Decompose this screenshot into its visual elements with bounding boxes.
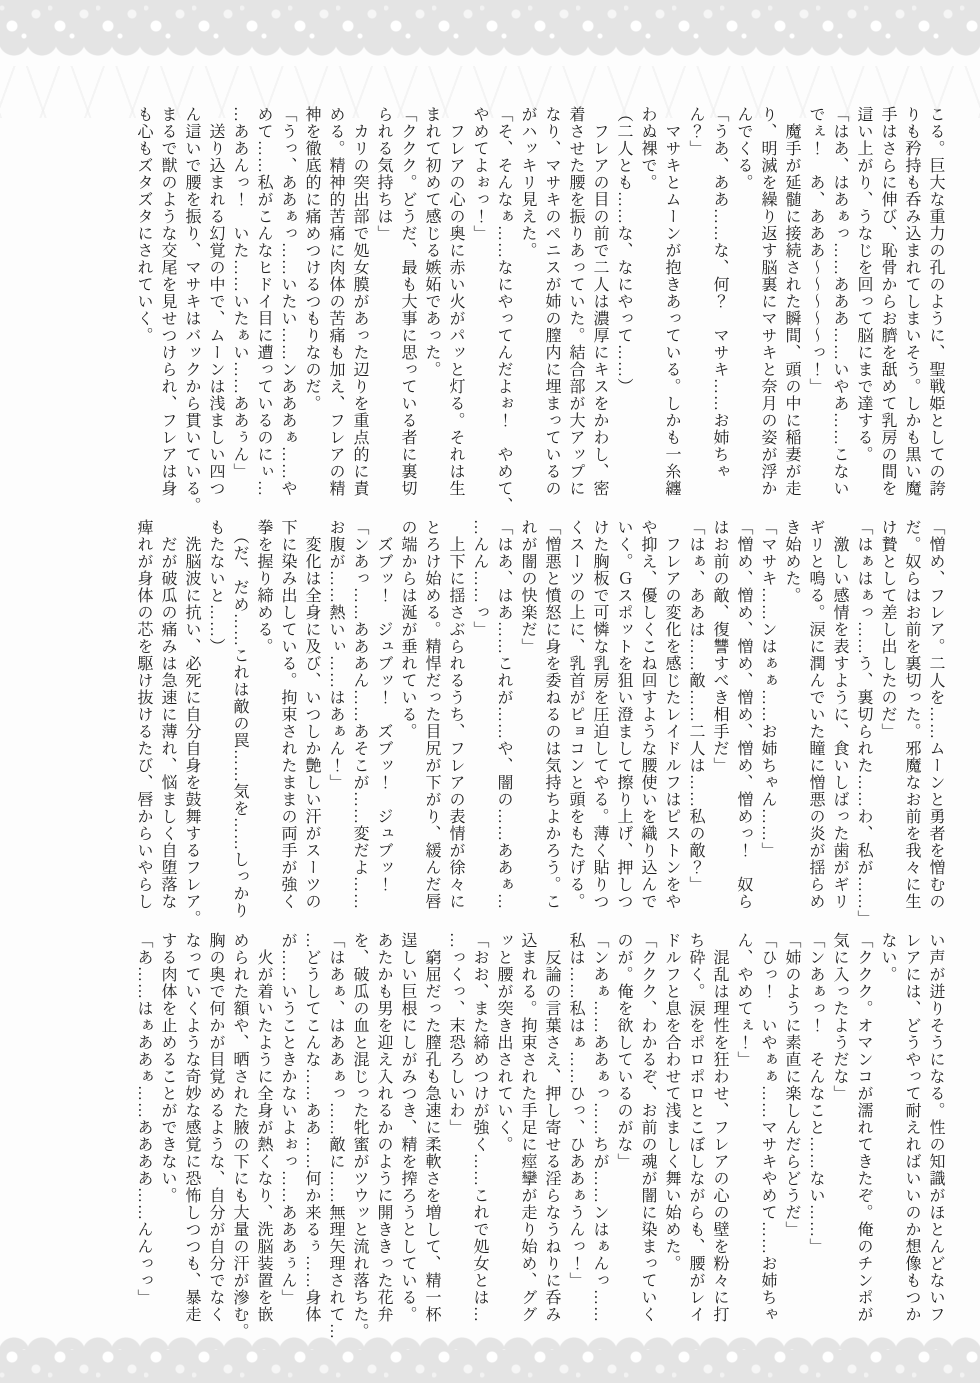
text-column: 「はぁはぁっ……う、裏切られた……わ、私が……」 — [851, 519, 875, 931]
text-column: だ。奴らはお前を裏切った。邪魔なお前を我々に生 — [899, 519, 923, 931]
text-column: 神を徹底的に痛めつけるつもりなのだ。 — [299, 106, 323, 518]
text-column: めて……私がこんなヒドイ目に遭っているのにぃ… — [251, 106, 275, 518]
text-column: 「憎め、フレア。二人を……ムーンと勇者を憎むの — [923, 519, 947, 931]
text-block-top: こる。巨大な重力の孔のように、聖戦姫としての誇りも矜持も呑み込まれてしまいそう。… — [131, 106, 947, 518]
text-column: 拳を握り締める。 — [251, 519, 275, 931]
text-column: 込まれる。拘束された手足に痙攣が走り始め、ググ — [515, 932, 539, 1342]
text-column: 「はあぁ、はああぁっ……敵に……無理矢理されて… — [323, 932, 347, 1342]
text-column: …っくっ、末恐ろしいわ」 — [443, 932, 467, 1342]
text-column: カリの突出部で処女膜があった辺りを重点的に責 — [347, 106, 371, 518]
text-column: 下に染み出している。拘束されたままの両手が強く — [275, 519, 299, 931]
text-column: お腹が……熱いぃ……はあぁん！」 — [323, 519, 347, 931]
text-column: 魔手が延髄に接続された瞬間、頭の中に稲妻が走 — [779, 106, 803, 518]
text-column: 火が着いたように全身が熱くなり、洗脳装置を嵌 — [251, 932, 275, 1342]
text-column: のが。俺を欲しているのがな」 — [611, 932, 635, 1342]
text-column: 「はあ、はあぁっ……あああ……いやあ……こない — [827, 106, 851, 518]
text-column: 着させた腰を振りあっていた。結合部が大アップに — [563, 106, 587, 518]
text-column: ドルフと息を合わせて浅ましく舞い始めた。 — [659, 932, 683, 1342]
text-column: 「憎悪と憤怒に身を委ねるのは気持ちよかろう。こ — [539, 519, 563, 931]
text-column: 「姉のように素直に楽しんだらどうだ」 — [779, 932, 803, 1342]
text-column: れが闇の快楽だ」 — [515, 519, 539, 931]
text-column: 「おお、また締めつけが強く……これで処女とは… — [467, 932, 491, 1342]
text-column: まれて初めて感じる嫉妬であった。 — [419, 106, 443, 518]
text-column: 「ンあっ……あああん……あそこが……変だよ…… — [347, 519, 371, 931]
text-column: 洗脳波に抗い、必死に自分自身を鼓舞するフレア。 — [179, 519, 203, 931]
text-block-bottom: い声が迸りそうになる。性の知識がほとんどないフレアには、どうやって耐えればいいの… — [131, 932, 947, 1342]
text-column: や抑え、優しくこね回すような腰使いを織り込んで — [635, 519, 659, 931]
text-column: 激しい感情を表すように、食いしばった歯がギリ — [827, 519, 851, 931]
text-column: 「ククク。オマンコが濡れてきたぞ。俺のチンポが — [851, 932, 875, 1342]
text-column: 変化は全身に及び、いつしか艶しい汗がスーツの — [299, 519, 323, 931]
text-column: なっていくような奇妙な感覚に恐怖しつつも、暴走 — [179, 932, 203, 1342]
text-column: 「ンあぁ……ああぁっ……ちが……ンはぁんっ…… — [587, 932, 611, 1342]
text-column: き始めた。 — [779, 519, 803, 931]
text-column: …どうしてこんな……ああ……何か来るぅ……身体 — [299, 932, 323, 1342]
text-column: くスーツの上に、乳首がピョコンと頭をもたげる。 — [563, 519, 587, 931]
text-column: 手はさらに伸び、恥骨からお臍を舐めて乳房の間を — [875, 106, 899, 518]
text-column: 「はあ、はあ……これが……や、闇の……ああぁ… — [491, 519, 515, 931]
text-column: （二人とも……な、なにやって……） — [611, 106, 635, 518]
text-column: いく。Ｇスポットを狙い澄まして擦り上げ、押しつ — [611, 519, 635, 931]
text-column: 胸の奥で何かが目覚めるような、自分が自分でなく — [203, 932, 227, 1342]
lace-pattern-strip — [0, 1349, 980, 1383]
text-column: 「はぁ、ああは……敵……二人は……私の敵？」 — [683, 519, 707, 931]
text-column: ち砕く。涙をポロポロとこぼしながらも、腰がレイ — [683, 932, 707, 1342]
text-column: 「憎め、憎め、憎め、憎め、憎め、憎めっ！ 奴ら — [731, 519, 755, 931]
text-column: りも矜持も呑み込まれてしまいそう。しかも黒い魔 — [899, 106, 923, 518]
text-column: 反論の言葉さえ、押し寄せる淫らなうねりに呑み — [539, 932, 563, 1342]
text-column: い声が迸りそうになる。性の知識がほとんどないフ — [923, 932, 947, 1342]
text-column: 送り込まれる幻覚の中で、ムーンは浅ましい四つ — [203, 106, 227, 518]
text-column: も心もズタズタにされていく。 — [131, 106, 155, 518]
text-column: もたないと……） — [203, 519, 227, 931]
text-column: でぇ！ あ、あああ～～～～～っ！」 — [803, 106, 827, 518]
text-column: フレアの目の前で二人は濃厚にキスをかわし、密 — [587, 106, 611, 518]
text-column: けた胸板で可憐な乳房を圧迫してやる。薄く貼りつ — [587, 519, 611, 931]
text-column: ない。 — [875, 932, 899, 1342]
text-column: だが破瓜の痛みは急速に薄れ、悩ましく自堕落な — [155, 519, 179, 931]
text-column: け贄として差し出したのだ」 — [875, 519, 899, 931]
text-column: がハッキリ見えた。 — [515, 106, 539, 518]
text-column: こる。巨大な重力の孔のように、聖戦姫としての誇 — [923, 106, 947, 518]
text-column: 「うっ、ああぁっ……いたい……ンあああぁ……や — [275, 106, 299, 518]
text-column: ん？」 — [683, 106, 707, 518]
text-column: められた額や、晒された腋の下にも大量の汗が滲む。 — [227, 932, 251, 1342]
top-lace-border — [0, 0, 980, 118]
text-column: 這い上がり、うなじを回って脳にまで達する。 — [851, 106, 875, 518]
text-column: （だ、だめ……これは敵の罠……気を……しっかり — [227, 519, 251, 931]
text-column: 「ンあぁっ！ そんなこと……ない……」 — [803, 932, 827, 1342]
text-column: ん這いで腰を振り、マサキはバックから貫いている。 — [179, 106, 203, 518]
text-column: を、破瓜の血と混じった牝蜜がツウッと流れ落ちた。 — [347, 932, 371, 1342]
text-column: フレアの変化を感じたレイドルフはピストンをや — [659, 519, 683, 931]
lace-scallop-edge — [0, 44, 980, 66]
text-column: 「ひっ！ いやぁぁ……マサキやめて……お姉ちゃ — [755, 932, 779, 1342]
text-column: ッと腰が突き出されていく。 — [491, 932, 515, 1342]
page-number: 44 — [937, 1342, 958, 1364]
text-column: する肉体を止めることができない。 — [155, 932, 179, 1342]
text-column: やめてよぉっ！」 — [467, 106, 491, 518]
text-column: 混乱は理性を狂わせ、フレアの心の壁を粉々に打 — [707, 932, 731, 1342]
text-column: 気に入ったようだな」 — [827, 932, 851, 1342]
text-column: んでくる。 — [731, 106, 755, 518]
text-column: マサキとムーンが抱きあっている。しかも一糸纏 — [659, 106, 683, 518]
text-column: 「ククク。どうだ、最も大事に思っている者に裏切 — [395, 106, 419, 518]
text-column: ギリと鳴る。涙に潤んでいた瞳に憎悪の炎が揺らめ — [803, 519, 827, 931]
text-column: める。精神的苦痛に肉体の苦痛も加え、フレアの精 — [323, 106, 347, 518]
text-column: 「マサキ……ンはぁぁ……お姉ちゃん……」 — [755, 519, 779, 931]
text-column: …ああんっ！ いた……いたぁい……ああぅん」 — [227, 106, 251, 518]
text-column: レアには、どうやって耐えればいいのか想像もつか — [899, 932, 923, 1342]
text-column: が……いうこときかないよぉっ……あああぅん」 — [275, 932, 299, 1342]
novel-page: こる。巨大な重力の孔のように、聖戦姫としての誇りも矜持も呑み込まれてしまいそう。… — [0, 0, 980, 1383]
text-column: 逞しい巨根にしがみつき、精を搾ろうとしている。 — [395, 932, 419, 1342]
text-column: わぬ裸で。 — [635, 106, 659, 518]
text-column: 痺れが身体の芯を駆け抜けるたび、唇からいやらし — [131, 519, 155, 931]
text-column: なり、マサキのペニスが姉の膣内に埋まっているの — [539, 106, 563, 518]
text-column: の端からは涎が垂れている。 — [395, 519, 419, 931]
text-column: 「うあ、ああ……な、何？ マサキ……お姉ちゃ — [707, 106, 731, 518]
text-block-middle: 「憎め、フレア。二人を……ムーンと勇者を憎むのだ。奴らはお前を裏切った。邪魔なお… — [131, 519, 947, 931]
text-column: 窮屈だった膣孔も急速に柔軟さを増して、精一杯 — [419, 932, 443, 1342]
text-column: 上下に揺さぶられるうち、フレアの表情が徐々に — [443, 519, 467, 931]
text-column: 「ククク、わかるぞ、お前の魂が闇に染まっていく — [635, 932, 659, 1342]
text-column: り、明滅を繰り返す脳裏にマサキと奈月の姿が浮か — [755, 106, 779, 518]
text-column: 「そ、そんなぁ……なにやってんだよぉ！ やめて、 — [491, 106, 515, 518]
lace-pattern-strip — [0, 0, 980, 44]
text-column: あたかも男を迎え入れるかのように開ききった花弁 — [371, 932, 395, 1342]
text-column: …んん……っ」 — [467, 519, 491, 931]
text-column: フレアの心の奥に赤い火がパッと灯る。それは生 — [443, 106, 467, 518]
text-column: まるで獣のような交尾を見せつけられ、フレアは身 — [155, 106, 179, 518]
text-column: 私は……私はぁ……ひっ、ひああぁうんっ！」 — [563, 932, 587, 1342]
text-column: ん、やめてぇ！」 — [731, 932, 755, 1342]
text-column: 「あ……はぁああぁ……ああああ……んんっっ」 — [131, 932, 155, 1342]
text-column: ズブッ！ ジュブッ！ ズブッ！ ジュブッ！ — [371, 519, 395, 931]
text-column: はお前の敵、復讐すべき相手だ」 — [707, 519, 731, 931]
text-column: とろけ始める。精悍だった目尻が下がり、緩んだ唇 — [419, 519, 443, 931]
text-column: られる気持ちは」 — [371, 106, 395, 518]
